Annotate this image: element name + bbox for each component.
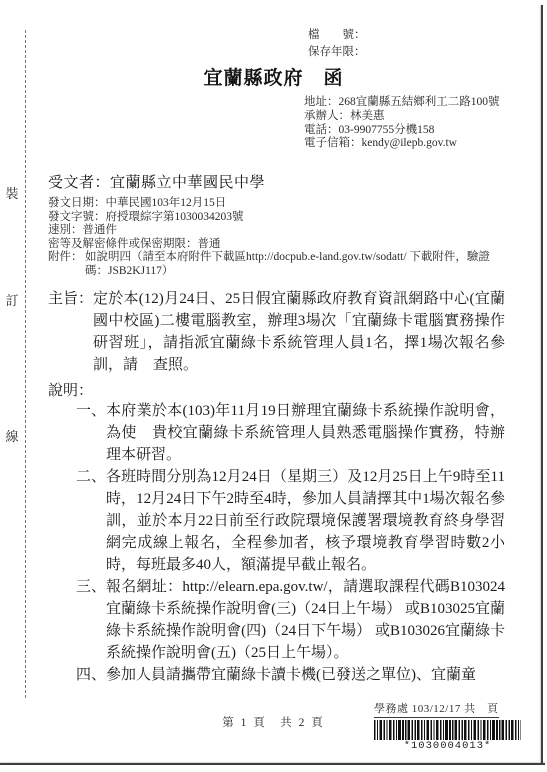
attachment-text: 如說明四（請至本府附件下載區http://docpub.e-land.gov.t… (85, 251, 500, 278)
archive-block: 檔 號： 保存年限： (308, 27, 366, 60)
stamp-text: 學務處 103/12/17 共 頁 (374, 700, 499, 718)
item-marker: 二、 (76, 466, 106, 488)
item-text: 各班時間分別為12月24日（星期三）及12月25日上午9時至11時，12月24日… (106, 466, 505, 576)
explanation-list: 一、 本府業於本(103)年11月19日辦理宜蘭綠卡系統操作說明會，為使 貴校宜… (76, 400, 505, 686)
document-title: 宜蘭縣政府 函 (0, 63, 547, 90)
receipt-stamp: 學務處 103/12/17 共 頁 *1030004013* (374, 699, 524, 752)
barcode (374, 720, 521, 740)
explanation-item-3: 三、 報名網址：http://elearn.epa.gov.tw/，請選取課程代… (76, 576, 505, 664)
subject-label: 主旨： (48, 288, 93, 310)
speed-line: 速別：普通件 (48, 224, 500, 238)
address-line: 地址：268宜蘭縣五結鄉利工二路100號 (304, 96, 500, 110)
doc-number-line: 發文字號：府授環綜字第1030034203號 (48, 211, 500, 225)
meta-block: 發文日期：中華民國103年12月15日 發文字號：府授環綜字第103003420… (48, 197, 500, 279)
contact-block: 地址：268宜蘭縣五結鄉利工二路100號 承辦人：林美惠 電話：03-99077… (304, 96, 500, 151)
explanation-item-1: 一、 本府業於本(103)年11月19日辦理宜蘭綠卡系統操作說明會，為使 貴校宜… (76, 400, 505, 466)
binding-char-zhuang: 裝 (4, 183, 20, 202)
subject-text: 定於本(12)月24日、25日假宜蘭縣政府教育資訊網路中心(宜蘭國中校區)二樓電… (93, 288, 505, 376)
security-line: 密等及解密條件或保密期限：普通 (48, 238, 500, 252)
attachment-label: 附件： (48, 251, 85, 265)
binding-line (25, 30, 26, 698)
subject-block: 主旨： 定於本(12)月24日、25日假宜蘭縣政府教育資訊網路中心(宜蘭國中校區… (48, 288, 505, 376)
item-text: 參加人員請攜帶宜蘭綠卡讀卡機(已發送之單位)、宜蘭童 (106, 664, 505, 686)
issue-date-line: 發文日期：中華民國103年12月15日 (48, 197, 500, 211)
binding-char-ding: 訂 (4, 290, 20, 309)
item-text: 本府業於本(103)年11月19日辦理宜蘭綠卡系統操作說明會，為使 貴校宜蘭綠卡… (106, 400, 505, 466)
recipient-line: 受文者：宜蘭縣立中華國民中學 (48, 171, 265, 192)
barcode-number: *1030004013* (374, 740, 521, 752)
attachment-line: 附件： 如說明四（請至本府附件下載區http://docpub.e-land.g… (48, 251, 500, 278)
page-edge-bottom (0, 763, 545, 765)
retention-label: 保存年限： (308, 44, 366, 61)
document-page: 裝 訂 線 檔 號： 保存年限： 宜蘭縣政府 函 地址：268宜蘭縣五結鄉利工二… (0, 0, 547, 772)
contact-person-line: 承辦人：林美惠 (304, 110, 500, 124)
page-edge-right (541, 5, 543, 765)
binding-char-xian: 線 (4, 426, 20, 445)
explanation-item-4: 四、 參加人員請攜帶宜蘭綠卡讀卡機(已發送之單位)、宜蘭童 (76, 664, 505, 686)
item-marker: 四、 (76, 664, 106, 686)
item-text: 報名網址：http://elearn.epa.gov.tw/，請選取課程代碼B1… (106, 576, 505, 664)
item-marker: 一、 (76, 400, 106, 422)
file-number-label: 檔 號： (308, 27, 366, 44)
phone-line: 電話：03-9907755分機158 (304, 124, 500, 138)
item-marker: 三、 (76, 576, 106, 598)
explanation-label: 說明： (48, 379, 93, 400)
email-line: 電子信箱：kendy@ilepb.gov.tw (304, 137, 500, 151)
explanation-item-2: 二、 各班時間分別為12月24日（星期三）及12月25日上午9時至11時，12月… (76, 466, 505, 576)
